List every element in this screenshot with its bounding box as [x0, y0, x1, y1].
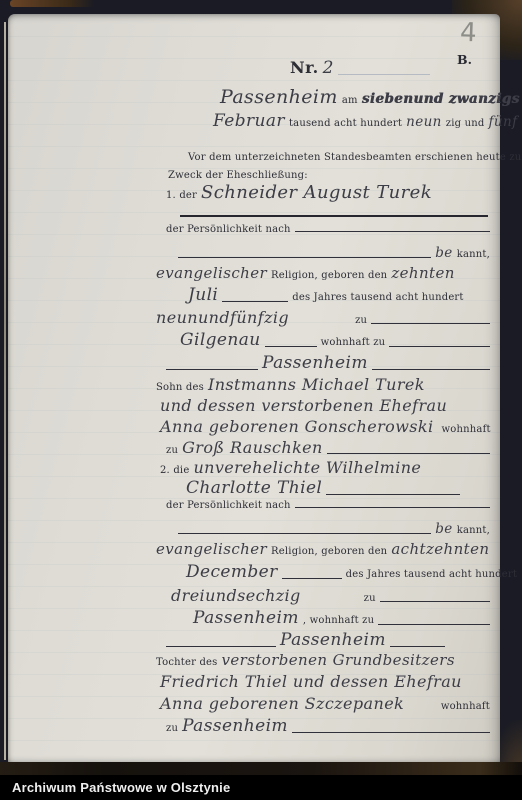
book-bottom-edge: [0, 762, 522, 775]
blank-line: [295, 505, 490, 508]
bride-birth-month-line: December des Jahres tausend acht hundert: [186, 562, 490, 582]
handwritten-month: Februar: [213, 111, 285, 131]
groom-religion-line: evangelischer Religion, geboren den zehn…: [156, 264, 490, 282]
bride-religion-line: evangelischer Religion, geboren den acht…: [156, 540, 490, 558]
printed-zig-und: zig und: [446, 118, 485, 129]
printed-wohnhaft-zu: , wohnhaft zu: [303, 615, 374, 626]
scanned-register-photo: { "archive_bar": { "label": "Archiwum Pa…: [0, 0, 522, 800]
blank-line: [372, 367, 490, 370]
groom-mother-name: Anna geborenen Gonscherowski: [160, 417, 434, 436]
record-number-line: Nr. 2: [290, 58, 430, 78]
pencil-page-number: 4: [460, 18, 477, 48]
groom-mother-relation: und dessen verstorbenen Ehefrau: [160, 396, 447, 415]
groom-birth-month: Juli: [188, 285, 218, 305]
record-number-value: 2: [323, 58, 334, 78]
bride-entry-line-2: Charlotte Thiel: [186, 478, 460, 498]
printed-wohnhaft-zu: wohnhaft zu: [321, 337, 386, 348]
printed-tochter-des: Tochter des: [156, 657, 218, 668]
groom-parents-residence-line: zu Groß Rauschken: [166, 438, 490, 457]
bride-father-desc: verstorbenen Grundbesitzers: [222, 651, 455, 669]
groom-birth-place: Gilgenau: [180, 330, 261, 350]
handwritten-year-tens: neun: [406, 114, 442, 130]
pencil-number-text: 4: [459, 18, 477, 49]
archive-caption-bar: Archiwum Państwowe w Olsztynie: [0, 775, 522, 800]
blank-line: [326, 492, 460, 495]
intro-line-1: Vor dem unterzeichneten Standesbeamten e…: [188, 152, 490, 163]
blank-rule: [180, 213, 488, 217]
blank-line: [295, 229, 490, 232]
printed-sohn-des: Sohn des: [156, 382, 204, 393]
groom-entry-line: 1. der Schneider August Turek: [166, 182, 490, 203]
bride-mother-name: Anna geborenen Szczepanek: [160, 694, 404, 713]
dateline-day: Passenheim am siebenund zwanzigs ten: [220, 86, 490, 108]
printed-am: am: [342, 95, 358, 106]
blank-line: [390, 644, 445, 647]
blank-line: [166, 367, 258, 370]
blank-line: [292, 730, 490, 733]
dateline-year: Februar tausend acht hundert neun zig un…: [213, 111, 490, 131]
handwritten-year-ones: fünf: [489, 114, 518, 130]
printed-wohnhaft: wohnhaft: [441, 701, 490, 712]
bride-birth-year-line: dreiundsechzig zu: [171, 586, 490, 605]
blank-line: [178, 531, 431, 534]
blank-line: [338, 72, 430, 75]
blank-line: [166, 644, 276, 647]
groom-number-label: 1. der: [166, 190, 197, 201]
bride-birth-place: Passenheim: [193, 608, 299, 628]
groom-father: Instmanns Michael Turek: [208, 375, 425, 394]
blank-line: [371, 321, 490, 324]
blank-line: [327, 451, 490, 454]
blank-line: [282, 576, 342, 579]
groom-residence-line: Passenheim: [166, 353, 490, 373]
groom-name: Schneider August Turek: [201, 182, 432, 203]
bride-father-name: Friedrich Thiel und dessen Ehefrau: [160, 672, 462, 691]
bride-number-label: 2. die: [160, 465, 189, 476]
bride-residence: Passenheim: [280, 630, 386, 650]
printed-zu: zu: [166, 445, 178, 456]
bride-residence-line: Passenheim: [166, 630, 490, 650]
section-letter: B.: [457, 52, 472, 67]
blank-line: [389, 344, 490, 347]
bride-identity-line: der Persönlichkeit nach: [166, 500, 490, 511]
printed-zu: zu: [166, 723, 178, 734]
bride-father-line-2: Friedrich Thiel und dessen Ehefrau: [160, 672, 490, 691]
printed-kannt: kannt,: [457, 525, 490, 536]
printed-zu: zu: [364, 593, 376, 604]
bride-father-line-1: Tochter des verstorbenen Grundbesitzers: [156, 651, 490, 669]
dateline-place: Passenheim: [220, 86, 338, 108]
groom-birth-year: neunundfünfzig: [156, 308, 289, 327]
bride-recognition-line: be kannt,: [178, 521, 490, 537]
record-number-label: Nr.: [290, 58, 319, 77]
blank-line: [265, 344, 317, 347]
groom-religion: evangelischer: [156, 264, 267, 282]
blank-line: [222, 299, 288, 302]
bride-entry-line-1: 2. die unverehelichte Wilhelmine: [160, 458, 490, 477]
groom-father-line: Sohn des Instmanns Michael Turek: [156, 375, 490, 394]
bride-birth-year: dreiundsechzig: [171, 586, 301, 605]
bride-birth-day: achtzehnten: [391, 540, 489, 558]
bride-recognition-hw: be: [435, 521, 452, 537]
printed-zu: zu: [355, 315, 367, 326]
bride-birth-place-line: Passenheim , wohnhaft zu: [193, 608, 490, 628]
groom-birth-day: zehnten: [391, 264, 454, 282]
bride-name-1: unverehelichte Wilhelmine: [193, 458, 421, 477]
bride-religion: evangelischer: [156, 540, 267, 558]
groom-recognition-line: be kannt,: [178, 245, 490, 261]
blank-line: [380, 599, 490, 602]
groom-birth-month-line: Juli des Jahres tausend acht hundert: [188, 285, 490, 305]
handwritten-day: siebenund zwanzigs: [362, 91, 520, 107]
register-page: 4 B. Nr. 2 Passenheim am siebenund zwanz…: [8, 14, 500, 764]
bride-parents-residence: Passenheim: [182, 716, 288, 736]
book-cover-scuff: [10, 0, 95, 7]
groom-recognition-hw: be: [435, 245, 452, 261]
groom-mother-line-2: Anna geborenen Gonscherowski wohnhaft: [160, 417, 490, 436]
printed-wohnhaft: wohnhaft: [442, 424, 491, 435]
bride-name-2: Charlotte Thiel: [186, 478, 322, 498]
groom-birth-year-line: neunundfünfzig zu: [156, 308, 490, 327]
groom-birth-place-line: Gilgenau wohnhaft zu: [180, 330, 490, 350]
groom-identity-line: der Persönlichkeit nach: [166, 224, 490, 235]
groom-residence: Passenheim: [262, 353, 368, 373]
archive-caption: Archiwum Państwowe w Olsztynie: [12, 780, 230, 795]
blank-line: [378, 622, 490, 625]
blank-line: [178, 255, 431, 258]
groom-parents-residence: Groß Rauschken: [182, 438, 323, 457]
bride-mother-line: Anna geborenen Szczepanek wohnhaft: [160, 694, 490, 713]
bride-birth-month: December: [186, 562, 278, 582]
groom-mother-line-1: und dessen verstorbenen Ehefrau: [160, 396, 490, 415]
intro-line-2: Zweck der Eheschließung:: [168, 170, 490, 181]
printed-kannt: kannt,: [457, 249, 490, 260]
bride-parents-residence-line: zu Passenheim: [166, 716, 490, 736]
printed-century: tausend acht hundert: [289, 118, 402, 129]
